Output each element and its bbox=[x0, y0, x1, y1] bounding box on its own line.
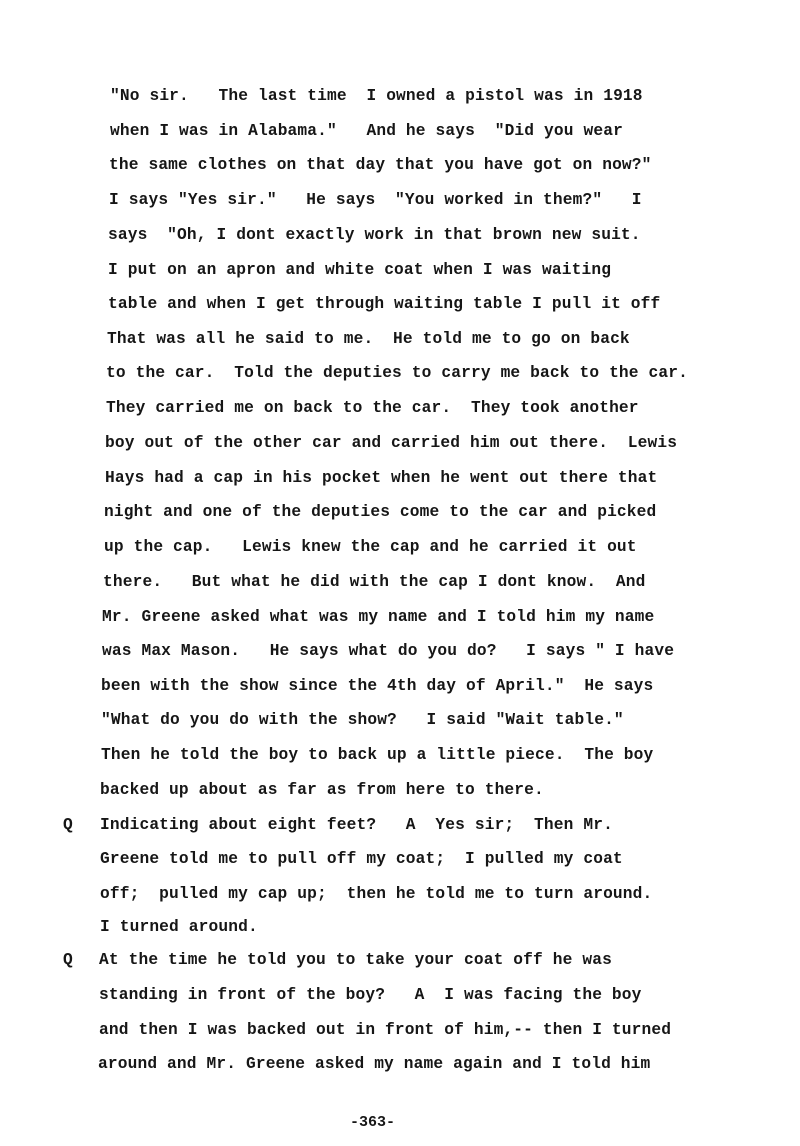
text-line: I says "Yes sir." He says "You worked in… bbox=[109, 190, 642, 210]
text-line: "No sir. The last time I owned a pistol … bbox=[110, 86, 643, 106]
text-line: the same clothes on that day that you ha… bbox=[109, 155, 652, 175]
text-line: Hays had a cap in his pocket when he wen… bbox=[105, 468, 657, 488]
text-line: when I was in Alabama." And he says "Did… bbox=[110, 121, 623, 141]
text-line: table and when I get through waiting tab… bbox=[108, 294, 660, 314]
text-line: Greene told me to pull off my coat; I pu… bbox=[100, 849, 623, 869]
document-page: "No sir. The last time I owned a pistol … bbox=[0, 0, 800, 1146]
text-line: Mr. Greene asked what was my name and I … bbox=[102, 607, 654, 627]
text-line: I turned around. bbox=[100, 917, 258, 937]
text-line: been with the show since the 4th day of … bbox=[101, 676, 653, 696]
text-line: Indicating about eight feet? A Yes sir; … bbox=[100, 815, 613, 835]
text-line: At the time he told you to take your coa… bbox=[99, 950, 612, 970]
question-marker: Q bbox=[63, 815, 73, 835]
text-line: up the cap. Lewis knew the cap and he ca… bbox=[104, 537, 637, 557]
text-line: was Max Mason. He says what do you do? I… bbox=[102, 641, 674, 661]
text-line: night and one of the deputies come to th… bbox=[104, 502, 656, 522]
text-line: That was all he said to me. He told me t… bbox=[107, 329, 630, 349]
page-number: -363- bbox=[350, 1114, 395, 1131]
text-line: standing in front of the boy? A I was fa… bbox=[99, 985, 642, 1005]
text-line: around and Mr. Greene asked my name agai… bbox=[98, 1054, 650, 1074]
text-line: "What do you do with the show? I said "W… bbox=[101, 710, 624, 730]
text-line: Then he told the boy to back up a little… bbox=[101, 745, 653, 765]
text-line: says "Oh, I dont exactly work in that br… bbox=[108, 225, 641, 245]
text-line: I put on an apron and white coat when I … bbox=[108, 260, 611, 280]
text-line: off; pulled my cap up; then he told me t… bbox=[100, 884, 652, 904]
question-marker: Q bbox=[63, 950, 73, 970]
text-line: there. But what he did with the cap I do… bbox=[103, 572, 646, 592]
text-line: to the car. Told the deputies to carry m… bbox=[106, 363, 688, 383]
text-line: They carried me on back to the car. They… bbox=[106, 398, 639, 418]
text-line: and then I was backed out in front of hi… bbox=[99, 1020, 671, 1040]
text-line: backed up about as far as from here to t… bbox=[100, 780, 544, 800]
text-line: boy out of the other car and carried him… bbox=[105, 433, 677, 453]
